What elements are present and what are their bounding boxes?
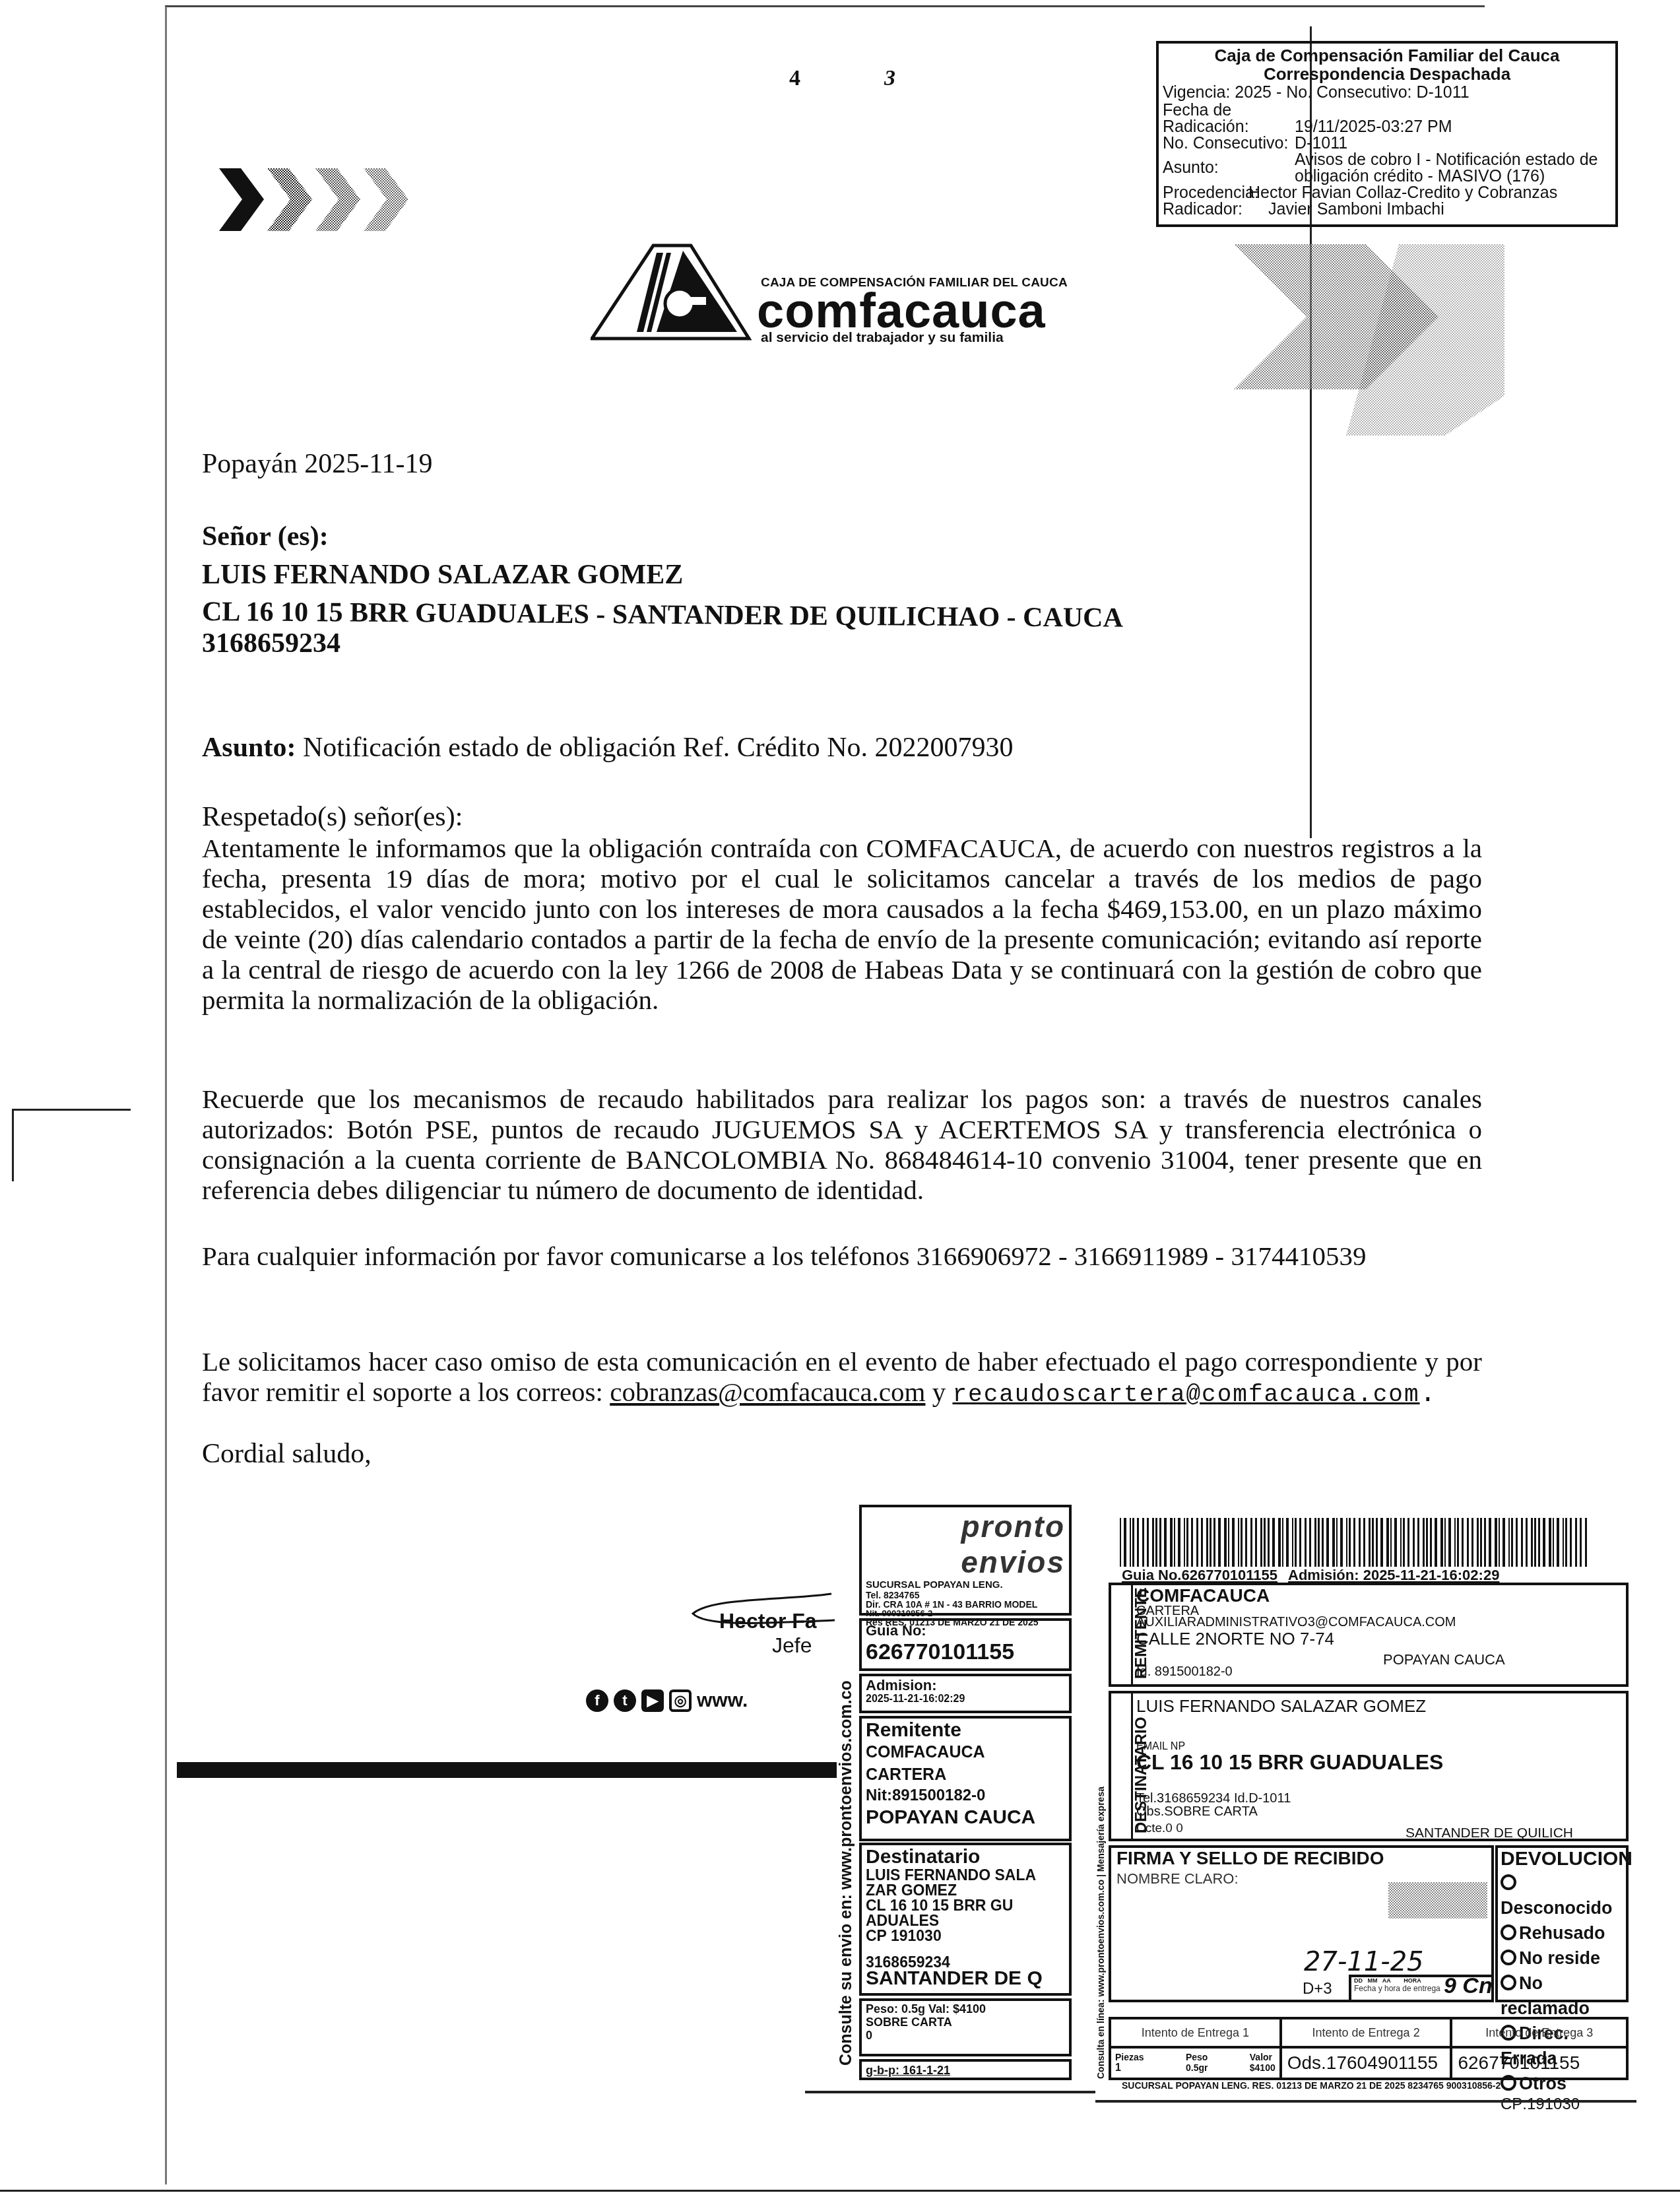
pronto-dir: Dir. CRA 10A # 1N - 43 BARRIO MODEL bbox=[866, 1600, 1065, 1609]
peso-box: Peso: 0.5g Val: $4100 SOBRE CARTA 0 bbox=[859, 1998, 1072, 2056]
large-chevron-decoration-icon bbox=[1214, 231, 1531, 449]
email-link-recaudos[interactable]: recaudoscartera@comfacauca.com bbox=[952, 1381, 1419, 1408]
logo-tagline: al servicio del trabajador y su familia bbox=[761, 330, 1004, 346]
paragraph-2: Recuerde que los mecanismos de recaudo h… bbox=[202, 1084, 1482, 1205]
paragraph-1: Atentamente le informamos que la obligac… bbox=[202, 833, 1482, 1015]
destinatario-section: DESTINATARIO LUIS FERNANDO SALAZAR GOMEZ… bbox=[1109, 1691, 1629, 1841]
salutation-header: Señor (es): bbox=[202, 521, 329, 552]
destinatario-address: CL 16 10 15 BRR GUADUALES bbox=[1136, 1750, 1443, 1775]
stamp-title: Caja de Compensación Familiar del Cauca bbox=[1163, 46, 1611, 65]
scan-bracket bbox=[12, 1109, 131, 1111]
pronto-tel: Tel. 8234765 bbox=[866, 1590, 1065, 1600]
twitter-icon[interactable]: t bbox=[614, 1689, 636, 1712]
scan-bracket-vert bbox=[12, 1109, 14, 1181]
radio-icon[interactable] bbox=[1501, 1975, 1516, 1990]
recipient-name: LUIS FERNANDO SALAZAR GOMEZ bbox=[202, 560, 683, 590]
youtube-icon[interactable]: ▶ bbox=[641, 1689, 664, 1712]
radio-icon[interactable] bbox=[1501, 1950, 1516, 1965]
firma-title: FIRMA Y SELLO DE RECIBIDO bbox=[1116, 1848, 1384, 1869]
website-link[interactable]: www. bbox=[697, 1689, 748, 1712]
devolucion-option[interactable]: Desconocido bbox=[1501, 1870, 1623, 1920]
guia-label: Guia No: bbox=[866, 1622, 1065, 1639]
correspondence-stamp: Caja de Compensación Familiar del Cauca … bbox=[1156, 41, 1618, 227]
label1-vertical-text: Consulte su envio en: www.prontoenvios.c… bbox=[837, 1472, 856, 2066]
pronto-sucursal: SUCURSAL POPAYAN LENG. bbox=[866, 1580, 1065, 1590]
piezas-peso-valor: Piezas1 Peso0.5gr Valor$4100 bbox=[1110, 2047, 1281, 2079]
admision-box: Admision: 2025-11-21-16:02:29 bbox=[859, 1674, 1072, 1713]
scan-border-left bbox=[165, 7, 167, 2184]
remitente-section: REMITENTE COMFACAUCA CARTERA AUXILIARADM… bbox=[1109, 1583, 1629, 1687]
guia-number: 626770101155 bbox=[1451, 2047, 1627, 2079]
destinatario-ccte: Ccte.0 0 bbox=[1136, 1821, 1183, 1836]
subject-label: Asunto: bbox=[202, 733, 296, 763]
devolucion-option[interactable]: Rehusado bbox=[1501, 1920, 1623, 1946]
fecha-hora-box: DD MM AA HORA Fecha y hora de entrega 9 … bbox=[1349, 1975, 1494, 2002]
label2-vertical-text: Consulta en línea: www.prontoenvios.com.… bbox=[1095, 1787, 1106, 2079]
comfacauca-logo: CAJA DE COMPENSACIÓN FAMILIAR DEL CAUCA … bbox=[591, 243, 1165, 355]
destinatario-label: Destinatario bbox=[866, 1847, 1065, 1868]
nombre-claro-label: NOMBRE CLARO: bbox=[1116, 1870, 1239, 1887]
intento-3: Intento de Entrega 3 bbox=[1451, 2018, 1627, 2047]
radio-icon[interactable] bbox=[1501, 1924, 1516, 1940]
facebook-icon[interactable]: f bbox=[586, 1689, 608, 1712]
devolucion-option[interactable]: No reclamado bbox=[1501, 1971, 1623, 2021]
stamp-vigencia: Vigencia: 2025 - No. Consecutivo: D-1011 bbox=[1163, 84, 1611, 101]
stamp-row-consecutivo: No. Consecutivo:D-1011 bbox=[1163, 135, 1611, 152]
chevrons-decoration-icon bbox=[218, 168, 429, 231]
subject-line: Asunto: Notificación estado de obligació… bbox=[202, 733, 1013, 763]
signature-scribble-icon bbox=[1388, 1882, 1487, 1918]
signature-block: Hector Fa Jefe bbox=[686, 1590, 835, 1650]
handwritten-delivery-date: 27-11-25 bbox=[1304, 1947, 1424, 1977]
stamp-row-fecha: Fecha de Radicación:19/11/2025-03:27 PM bbox=[1163, 102, 1611, 135]
devolucion-title: DEVOLUCION bbox=[1501, 1848, 1623, 1870]
barcode-icon bbox=[1117, 1518, 1592, 1567]
greeting: Respetado(s) señor(es): bbox=[202, 802, 463, 832]
intento-2: Intento de Entrega 2 bbox=[1281, 2018, 1452, 2047]
scan-border-bottom bbox=[0, 2190, 1680, 2192]
devolucion-cp: CP:191030 bbox=[1501, 2096, 1623, 2113]
remitente-id: Id. 891500182-0 bbox=[1136, 1664, 1233, 1680]
remitente-city: POPAYAN CAUCA bbox=[1383, 1651, 1505, 1668]
comfacauca-logo-icon bbox=[591, 243, 756, 342]
stamp-row-procedencia: Procedencia:Hector Favian Collaz-Credito… bbox=[1163, 185, 1611, 201]
label2-bottom-line bbox=[1095, 2100, 1636, 2103]
stamp-row-radicador: Radicador:Javier Samboni Imbachi bbox=[1163, 201, 1611, 218]
remitente-box: Remitente COMFACAUCA CARTERA Nit:8915001… bbox=[859, 1716, 1072, 1841]
pronto-logo: pronto envios bbox=[866, 1509, 1065, 1580]
destinatario-name: LUIS FERNANDO SALAZAR GOMEZ bbox=[1136, 1696, 1426, 1717]
remitente-label: Remitente bbox=[866, 1720, 1065, 1741]
intento-1: Intento de Entrega 1 bbox=[1110, 2018, 1281, 2047]
stamp-subtitle: Correspondencia Despachada bbox=[1163, 65, 1611, 83]
intentos-table: Intento de Entrega 1 Intento de Entrega … bbox=[1109, 2017, 1629, 2080]
label2-admision: Admisión: 2025-11-21-16:02:29 bbox=[1288, 1567, 1499, 1584]
label2-guia: Guia No.626770101155 bbox=[1122, 1567, 1277, 1584]
destinatario-city: SANTANDER DE QUILICH bbox=[1405, 1825, 1573, 1841]
paragraph-3: Para cualquier información por favor com… bbox=[202, 1241, 1482, 1271]
instagram-icon[interactable]: ◎ bbox=[669, 1689, 692, 1712]
closing: Cordial saludo, bbox=[202, 1439, 372, 1469]
place-date: Popayán 2025-11-19 bbox=[202, 449, 433, 479]
recipient-phone: 3168659234 bbox=[202, 628, 340, 659]
stamp-row-asunto: Asunto:Avisos de cobro I - Notificación … bbox=[1163, 152, 1611, 185]
remitente-email: AUXILIARADMINISTRATIVO3@COMFACAUCA.COM bbox=[1136, 1616, 1456, 1629]
pronto-header-box: pronto envios SUCURSAL POPAYAN LENG. Tel… bbox=[859, 1505, 1072, 1616]
scan-border-top bbox=[165, 5, 1485, 7]
paragraph-4: Le solicitamos hacer caso omiso de esta … bbox=[202, 1346, 1482, 1410]
firma-section: FIRMA Y SELLO DE RECIBIDO NOMBRE CLARO: … bbox=[1109, 1845, 1494, 2002]
guia-box: Guia No: 626770101155 bbox=[859, 1618, 1072, 1671]
remitente-address: CALLE 2NORTE NO 7-74 bbox=[1136, 1630, 1334, 1647]
guia-value: 626770101155 bbox=[866, 1639, 1065, 1665]
label1-bottom-line bbox=[805, 2091, 1095, 2093]
d-plus-label: D+3 bbox=[1303, 1980, 1332, 1998]
social-links: f t ▶ ◎ www. bbox=[586, 1689, 748, 1712]
radio-icon[interactable] bbox=[1501, 1874, 1516, 1890]
admision-label: Admision: bbox=[866, 1678, 1065, 1693]
destinatario-box: Destinatario LUIS FERNANDO SALA ZAR GOME… bbox=[859, 1843, 1072, 1996]
handwritten-mark: 3 bbox=[884, 66, 895, 91]
handwritten-mark: 4 bbox=[789, 66, 800, 91]
label2-footer: SUCURSAL POPAYAN LENG. RES. 01213 DE MAR… bbox=[1122, 2080, 1501, 2091]
remitente-name: COMFACAUCA bbox=[1136, 1587, 1270, 1605]
destinatario-obs: Obs.SOBRE CARTA bbox=[1136, 1804, 1258, 1820]
email-link-cobranzas[interactable]: cobranzas@comfacauca.com bbox=[610, 1377, 925, 1407]
gbp-box: g-b-p: 161-1-21 bbox=[859, 2059, 1072, 2080]
footer-bar bbox=[177, 1762, 837, 1778]
devolucion-option[interactable]: No reside bbox=[1501, 1946, 1623, 1971]
ods-number: Ods.17604901155 bbox=[1281, 2047, 1452, 2079]
admision-value: 2025-11-21-16:02:29 bbox=[866, 1693, 1065, 1705]
destinatario-city: SANTANDER DE Q bbox=[866, 1969, 1065, 1988]
subject-text: Notificación estado de obligación Ref. C… bbox=[303, 733, 1014, 763]
devolucion-section: DEVOLUCION DesconocidoRehusadoNo resideN… bbox=[1495, 1845, 1629, 2002]
signer-title: Jefe bbox=[772, 1633, 812, 1658]
signer-name: Hector Fa bbox=[719, 1609, 817, 1633]
